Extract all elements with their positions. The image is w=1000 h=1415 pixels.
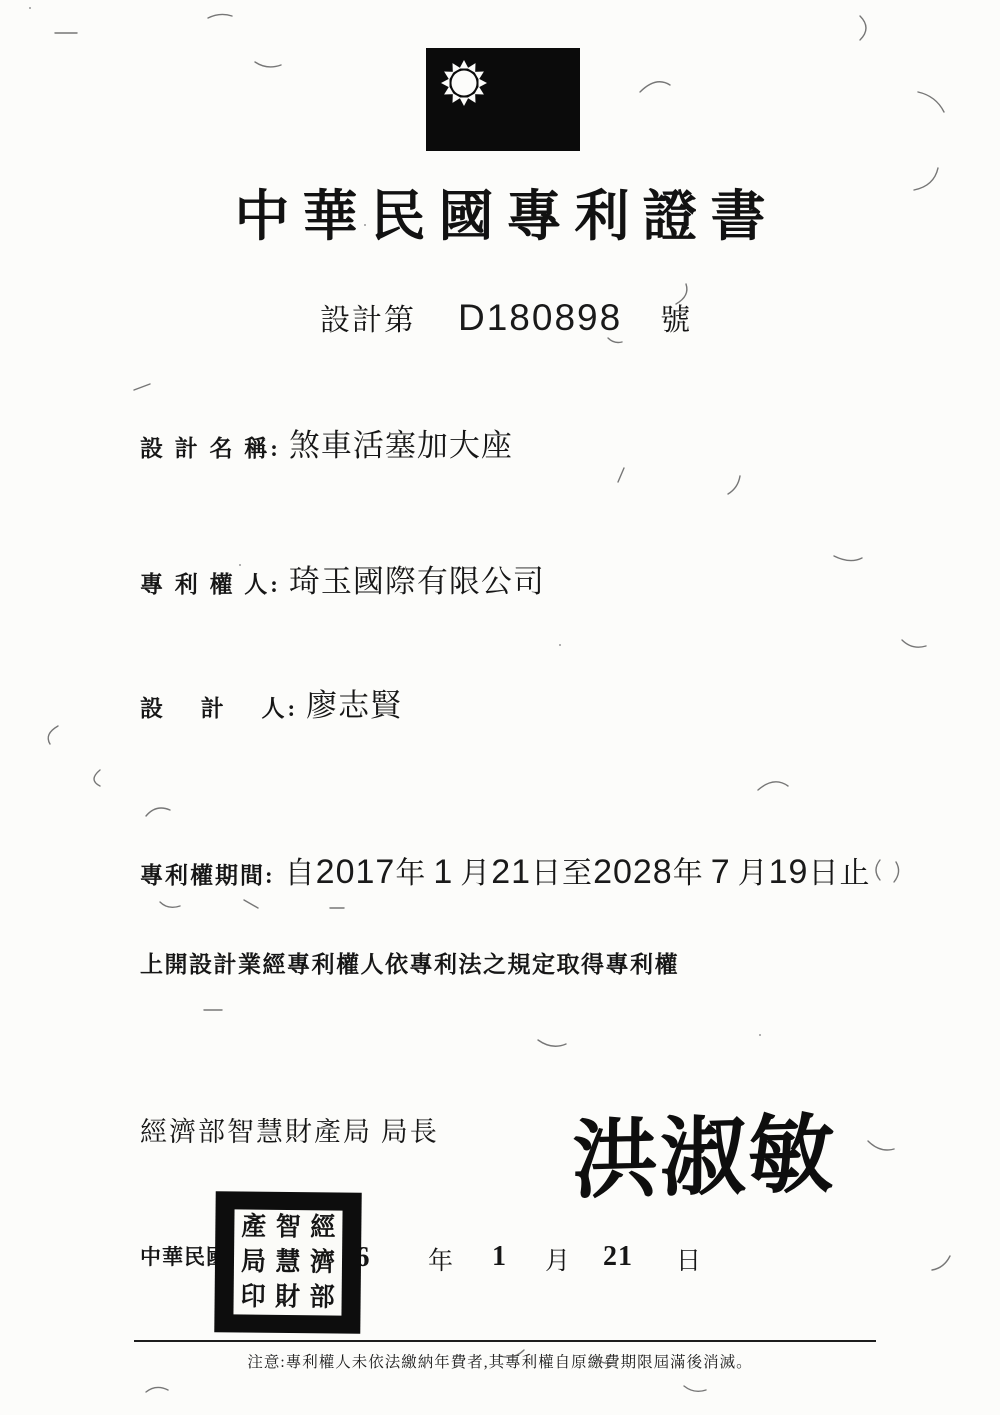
number-prefix: 設計第	[320, 295, 416, 339]
field-value: 煞車活塞加大座	[289, 420, 513, 465]
certificate-page: 中華民國專利證書 設計第 D180898 號 設 計 名 稱: 煞車活塞加大座 …	[0, 0, 1000, 1415]
seal-char: 局	[241, 1247, 266, 1278]
field-label: 專利權期間:	[140, 857, 275, 890]
seal-char: 智	[276, 1212, 301, 1243]
term-end-month: 7	[711, 853, 731, 892]
footer-divider	[134, 1340, 876, 1342]
seal-char: 產	[241, 1212, 266, 1243]
field-designer: 設 計 人: 廖志賢	[140, 680, 402, 725]
date-year-unit: 年	[428, 1241, 453, 1277]
official-seal: 經 濟 部 智 慧 財 產 局 印	[214, 1191, 361, 1334]
seal-char: 經	[310, 1213, 335, 1244]
issuer-title: 經濟部智慧財產局 局長	[140, 1110, 439, 1149]
seal-column: 產 局 印	[240, 1213, 266, 1312]
term-end-year: 2028	[593, 853, 673, 892]
term-part: 月	[738, 848, 769, 892]
signature: 洪淑敏	[572, 1085, 837, 1216]
field-label: 專 利 權 人:	[140, 566, 281, 599]
seal-char: 財	[275, 1282, 300, 1313]
term-part: 日至	[531, 848, 593, 892]
certificate-number-line: 設計第 D180898 號	[320, 295, 690, 339]
term-part: 年	[673, 848, 704, 892]
field-label: 設 計 人:	[140, 690, 298, 723]
seal-column: 智 慧 財	[275, 1213, 301, 1312]
term-start-day: 21	[491, 853, 531, 892]
date-day-unit: 日	[676, 1241, 701, 1277]
term-part: 日止	[808, 848, 870, 892]
term-start-month: 1	[433, 853, 453, 892]
term-start-year: 2017	[316, 853, 396, 892]
term-part: 年	[395, 848, 426, 892]
footer-note: 注意:專利權人未依法繳納年費者,其專利權自原繳費期限屆滿後消滅。	[0, 1350, 1000, 1372]
term-value: 自 2017 年 1 月 21 日至 2028 年 7 月 19 日止	[285, 848, 871, 892]
field-value: 廖志賢	[306, 680, 402, 725]
seal-char: 慧	[275, 1247, 300, 1278]
roc-flag	[426, 48, 580, 151]
roc-flag-sun-icon	[426, 48, 580, 151]
field-value: 琦玉國際有限公司	[289, 556, 545, 601]
date-month: 1	[492, 1241, 506, 1273]
seal-char: 部	[309, 1283, 334, 1314]
field-design-name: 設 計 名 稱: 煞車活塞加大座	[140, 420, 513, 465]
field-patent-term: 專利權期間: 自 2017 年 1 月 21 日至 2028 年 7 月 19 …	[140, 848, 870, 892]
term-part: 自	[285, 848, 316, 892]
date-day: 21	[603, 1241, 633, 1273]
certificate-title: 中華民國專利證書	[0, 172, 1000, 251]
seal-char: 印	[240, 1282, 265, 1313]
certificate-number: D180898	[458, 297, 622, 339]
seal-char: 濟	[310, 1248, 335, 1279]
seal-column: 經 濟 部	[309, 1213, 335, 1312]
number-suffix: 號	[660, 295, 690, 339]
seal-inner: 經 濟 部 智 慧 財 產 局 印	[233, 1209, 342, 1315]
term-part: 月	[460, 848, 491, 892]
field-label: 設 計 名 稱:	[140, 430, 281, 463]
field-patentee: 專 利 權 人: 琦玉國際有限公司	[140, 556, 545, 601]
date-month-unit: 月	[545, 1241, 570, 1277]
term-end-day: 19	[769, 853, 809, 892]
legal-statement: 上開設計業經專利權人依專利法之規定取得專利權	[140, 946, 679, 979]
